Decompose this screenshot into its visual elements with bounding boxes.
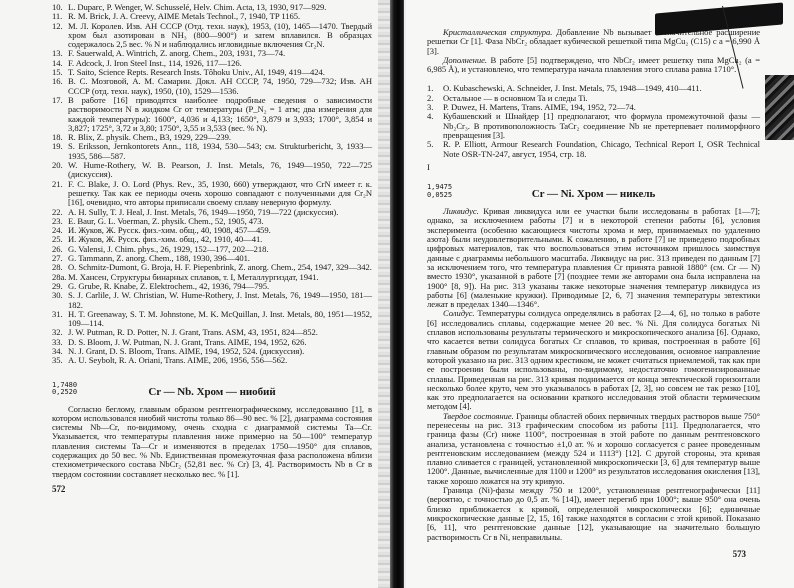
paragraph: Твердое состояние. Границы областей обои… xyxy=(427,412,760,486)
paragraph: Солидус. Температуры солидуса определяли… xyxy=(427,309,760,411)
body-paragraph: Согласно беглому, главным образом рентге… xyxy=(52,405,372,479)
reference-item: 20.W. Hume-Rothery, W. B. Pearson, J. In… xyxy=(52,161,372,180)
paragraph-text: Кривая ликвидуса или ее участки были исс… xyxy=(427,206,760,309)
left-column: 10.L. Duparc, P. Wenger, W. Schusselé, H… xyxy=(52,3,372,494)
reference-number: 4. xyxy=(427,112,443,121)
paragraph-text: Температуры солидуса определялись в рабо… xyxy=(427,308,760,411)
reference-number: 16. xyxy=(52,77,68,86)
reference-list-left: 10.L. Duparc, P. Wenger, W. Schusselé, H… xyxy=(52,3,372,366)
reference-text: S. Eriksson, Jernkontorets Ann., 118, 19… xyxy=(68,141,372,160)
page-number: 573 xyxy=(733,549,746,559)
reference-item: 21.F. C. Blake, J. O. Lord (Phys. Rev., … xyxy=(52,180,372,208)
section-heading-cr-nb: 1,7480 0,2520 Cr — Nb. Хром — ниобий xyxy=(52,386,372,399)
reference-number: 21. xyxy=(52,180,68,189)
reference-number: 20. xyxy=(52,161,68,170)
paragraph: Дополнение. В работе [5] подтверждено, ч… xyxy=(427,56,760,75)
reference-item: 5.R. P. Elliott, Armour Research Foundat… xyxy=(427,140,760,159)
paragraph-text: Граница (Ni)-фазы между 750 и 1200°, уст… xyxy=(427,485,760,541)
section-title: Cr — Nb. Хром — ниобий xyxy=(148,386,275,398)
reference-list-right: 1.O. Kubaschewski, A. Schneider, J. Inst… xyxy=(427,84,760,158)
atomic-fractions: 1,7480 0,2520 xyxy=(52,382,77,397)
reference-item: 4.Кубашевский и Шнайдер [1] предполагают… xyxy=(427,112,760,140)
reference-item: 19.S. Eriksson, Jernkontorets Ann., 118,… xyxy=(52,142,372,161)
reference-number: 35. xyxy=(52,356,68,365)
paragraph: Кристаллическая структура. Добавление Nb… xyxy=(427,28,760,56)
section-title: Cr — Ni. Хром — никель xyxy=(532,188,655,200)
reference-number: 5. xyxy=(427,140,443,149)
reference-item: 12.М. Л. Королев. Изв. АН СССР (Отд. тех… xyxy=(52,22,372,50)
reference-number: 12. xyxy=(52,22,68,31)
crystal-structure-section: Кристаллическая структура. Добавление Nb… xyxy=(427,28,760,74)
reference-text: В. С. Мозговой, А. М. Самарин. Докл. АН … xyxy=(68,76,372,95)
reference-text: A. U. Seybolt, R. A. Oriani, Trans. AIME… xyxy=(68,355,287,365)
reference-text: S. J. Carlile, J. W. Christian, W. Hume-… xyxy=(68,290,372,309)
reference-item: 35.A. U. Seybolt, R. A. Oriani, Trans. A… xyxy=(52,356,372,365)
reference-item: 17.В работе [16] приводятся наиболее под… xyxy=(52,96,372,133)
atomic-fractions: 1,9475 0,0525 xyxy=(427,184,452,199)
reference-number: 19. xyxy=(52,142,68,151)
page-edge-shadow xyxy=(378,0,390,588)
reference-text: W. Hume-Rothery, W. B. Pearson, J. Inst.… xyxy=(68,160,372,179)
reference-number: 30. xyxy=(52,291,68,300)
reference-item: 31.H. T. Greenaway, S. T. M. Johnstone, … xyxy=(52,310,372,329)
reference-item: 30.S. J. Carlile, J. W. Christian, W. Hu… xyxy=(52,291,372,310)
paragraph-text: Границы областей обоих первичных твердых… xyxy=(427,411,760,486)
reference-text: М. Л. Королев. Изв. АН СССР (Отд. техн. … xyxy=(68,21,372,50)
reference-text: R. P. Elliott, Armour Research Foundatio… xyxy=(443,139,760,158)
torn-edge-patch xyxy=(765,75,794,140)
reference-text: В работе [16] приводятся наиболее подроб… xyxy=(68,95,372,133)
reference-text: H. T. Greenaway, S. T. M. Johnstone, M. … xyxy=(68,309,372,328)
gutter-highlight xyxy=(404,0,406,588)
stray-mark: I xyxy=(427,163,760,172)
reference-number: 31. xyxy=(52,310,68,319)
reference-item: 16.В. С. Мозговой, А. М. Самарин. Докл. … xyxy=(52,77,372,96)
left-page: 10.L. Duparc, P. Wenger, W. Schusselé, H… xyxy=(0,0,396,588)
reference-text: Кубашевский и Шнайдер [1] предполагают, … xyxy=(443,111,760,140)
right-column: Кристаллическая структура. Добавление Nb… xyxy=(427,28,760,559)
paragraph: Ликвидус. Кривая ликвидуса или ее участк… xyxy=(427,207,760,309)
paragraph: Граница (Ni)-фазы между 750 и 1200°, уст… xyxy=(427,486,760,542)
reference-text: F. C. Blake, J. O. Lord (Phys. Rev., 35,… xyxy=(68,179,372,208)
page-number: 572 xyxy=(52,485,372,494)
reference-number: 17. xyxy=(52,96,68,105)
section-heading-cr-ni: 1,9475 0,0525 Cr — Ni. Хром — никель xyxy=(427,188,760,201)
body-text: Ликвидус. Кривая ликвидуса или ее участк… xyxy=(427,207,760,542)
